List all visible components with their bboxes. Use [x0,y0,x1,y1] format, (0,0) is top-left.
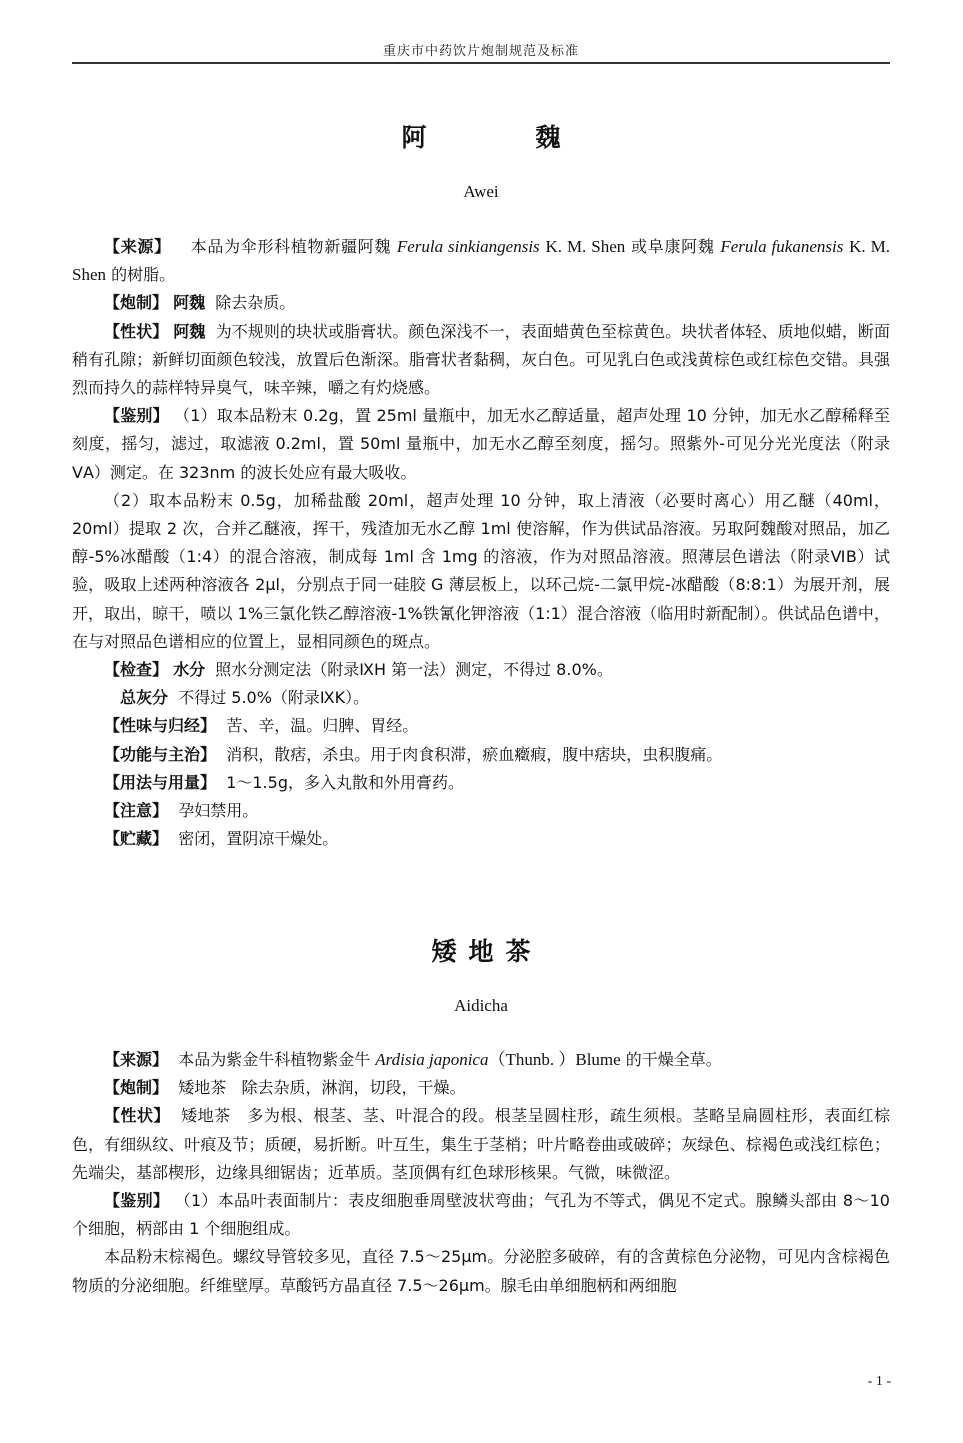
section-label: 【炮制】 [104,293,168,312]
source-paragraph: 【来源】 本品为紫金牛科植物紫金牛 Ardisia japonica（Thunb… [72,1046,890,1074]
identification-paragraph: 【鉴别】 （1）本品叶表面制片：表皮细胞垂周壁波状弯曲；气孔为不等式，偶见不定式… [72,1187,890,1243]
text: 苦、辛，温。归脾、胃经。 [226,716,418,735]
entry-body-awei: 【来源】本品为伞形科植物新疆阿魏 Ferula sinkiangensis K.… [72,233,890,853]
section-label: 【注意】 [104,801,168,820]
text: 孕妇禁用。 [178,801,258,820]
text: 本品为伞形科植物新疆阿魏 [190,237,391,256]
identification-paragraph-2: 本品粉末棕褐色。螺纹导管较多见，直径 7.5～25μm。分泌腔多破碎，有的含黄棕… [72,1243,890,1299]
processing-paragraph: 【炮制】 阿魏 除去杂质。 [72,289,890,317]
section-label: 【来源】 [104,237,171,256]
text: 的干燥全草。 [626,1050,722,1069]
inspection-paragraph: 【检查】 水分 照水分测定法（附录ⅨH 第一法）测定，不得过 8.0%。 [72,656,890,684]
ash-label: 总灰分 [120,688,168,707]
page-number: - 1 - [868,1374,891,1390]
processing-paragraph: 【炮制】 矮地茶 除去杂质，淋润，切段，干燥。 [72,1074,890,1102]
text: 1～1.5g，多入丸散和外用膏药。 [226,773,464,792]
text: 除去杂质，淋润，切段，干燥。 [241,1078,465,1097]
text: 消积，散痞，杀虫。用于肉食积滞，瘀血癥瘕，腹中痞块，虫积腹痛。 [226,745,722,764]
description-paragraph: 【性状】 阿魏 为不规则的块状或脂膏状。颜色深浅不一，表面蜡黄色至棕黄色。块状者… [72,318,890,403]
herb-name: 阿魏 [173,322,205,341]
section-label: 【功能与主治】 [104,745,216,764]
entry-body-aidicha: 【来源】 本品为紫金牛科植物紫金牛 Ardisia japonica（Thunb… [72,1046,890,1300]
usage-paragraph: 【用法与用量】 1～1.5g，多入丸散和外用膏药。 [72,769,890,797]
ash-paragraph: 总灰分 不得过 5.0%（附录ⅨK）。 [72,684,890,712]
text: 密闭，置阴凉干燥处。 [178,829,338,848]
entry-title: 阿 魏 [72,118,890,154]
section-label: 【用法与用量】 [104,773,216,792]
latin-name: Ferula fukanensis [720,237,843,256]
section-label: 【鉴别】 [104,406,169,425]
herb-name: 矮地茶 [178,1078,226,1097]
text: （1）取本品粉末 0.2g，置 25ml 量瓶中，加无水乙醇适量，超声处理 10… [72,406,890,481]
storage-paragraph: 【贮藏】 密闭，置阴凉干燥处。 [72,825,890,853]
text: 本品为紫金牛科植物紫金牛 [178,1050,370,1069]
text: 照水分测定法（附录ⅨH 第一法）测定，不得过 8.0%。 [215,660,613,679]
section-label: 【性状】 [104,1106,170,1125]
text: 除去杂质。 [215,293,295,312]
section-label: 【炮制】 [104,1078,168,1097]
author: （Thunb. ）Blume [488,1050,620,1069]
section-label: 【检查】 [104,660,168,679]
identification-paragraph: 【鉴别】 （1）取本品粉末 0.2g，置 25ml 量瓶中，加无水乙醇适量，超声… [72,402,890,487]
latin-name: Ardisia japonica [375,1050,488,1069]
source-paragraph: 【来源】本品为伞形科植物新疆阿魏 Ferula sinkiangensis K.… [72,233,890,289]
running-header: 重庆市中药饮片炮制规范及标准 [72,40,890,59]
text: 或阜康阿魏 [631,237,714,256]
nature-paragraph: 【性味与归经】 苦、辛，温。归脾、胃经。 [72,712,890,740]
author: K. M. Shen [545,237,625,256]
entry-pinyin: Aidicha [72,996,890,1016]
identification-paragraph-2: （2）取本品粉末 0.5g，加稀盐酸 20ml，超声处理 10 分钟，取上清液（… [72,487,890,656]
moisture-label: 水分 [173,660,205,679]
section-label: 【鉴别】 [104,1191,169,1210]
entry-pinyin: Awei [72,182,890,202]
header-rule [72,62,890,64]
description-paragraph: 【性状】 矮地茶 多为根、根茎、茎、叶混合的段。根茎呈圆柱形，疏生须根。茎略呈扁… [72,1102,890,1187]
entry-title: 矮地茶 [72,932,890,968]
caution-paragraph: 【注意】 孕妇禁用。 [72,797,890,825]
section-label: 【性味与归经】 [104,716,216,735]
herb-name: 矮地茶 [181,1106,230,1125]
section-label: 【贮藏】 [104,829,168,848]
text: （1）本品叶表面制片：表皮细胞垂周壁波状弯曲；气孔为不等式，偶见不定式。腺鳞头部… [72,1191,890,1238]
text: 的树脂。 [111,265,175,284]
text: 不得过 5.0%（附录ⅨK）。 [178,688,369,707]
function-paragraph: 【功能与主治】 消积，散痞，杀虫。用于肉食积滞，瘀血癥瘕，腹中痞块，虫积腹痛。 [72,741,890,769]
section-label: 【性状】 [104,322,168,341]
section-label: 【来源】 [104,1050,168,1069]
herb-name: 阿魏 [173,293,205,312]
latin-name: Ferula sinkiangensis [397,237,540,256]
